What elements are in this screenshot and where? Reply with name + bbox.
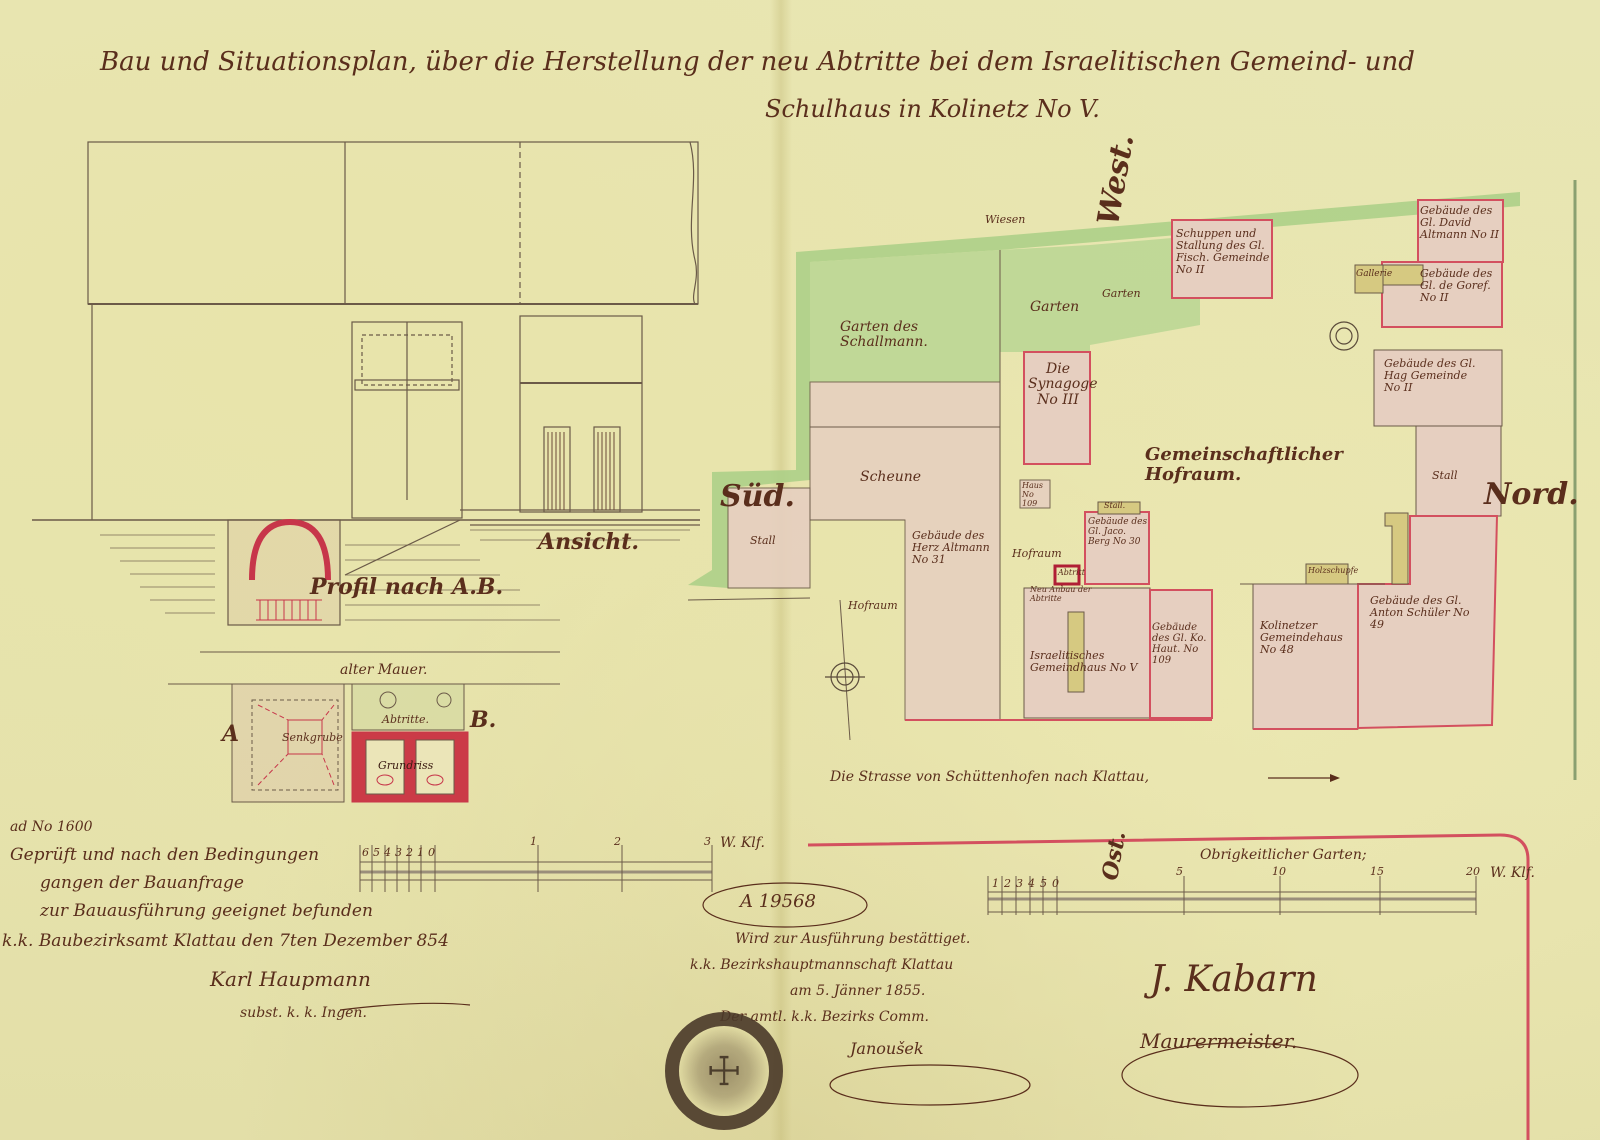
label-profile: Profil nach A.B. — [310, 575, 503, 599]
label-new-latrine: Neu Anbau der Abtritte — [1030, 586, 1100, 604]
label-ground-plan: Grundriss — [378, 760, 433, 772]
label-view: Ansicht. — [538, 530, 639, 554]
scale-1-tick-1: 1 — [530, 836, 537, 848]
label-building-gl-2: Gebäude des Gl. de Goref. No II — [1420, 268, 1500, 304]
label-yard-1: Hofraum — [1012, 548, 1062, 560]
label-small-building: Haus No 109 — [1022, 482, 1050, 508]
label-gallery: Gallerie — [1356, 270, 1392, 280]
label-stall-east: Stall — [1432, 470, 1458, 482]
label-old-wall: alter Mauer. — [340, 663, 427, 678]
scale-1-ticks-small: 6543210 — [362, 847, 439, 859]
approval-line-1: Geprüft und nach den Bedingungen — [10, 846, 319, 865]
confirm-line-2: k.k. Bezirkshauptmannschaft Klattau — [690, 958, 953, 973]
label-building-herz: Gebäude des Herz Altmann No 31 — [912, 530, 997, 566]
scale-2-ticks-small: 123450 — [992, 878, 1064, 890]
label-building-david: Gebäude des Gl. David Altmann No II — [1420, 205, 1500, 241]
label-woodshed: Holzschupfe — [1308, 567, 1358, 576]
label-synagogue: Die Synagoge No III — [1028, 362, 1088, 408]
label-kolinetz-community: Kolinetzer Gemeindehaus No 48 — [1260, 620, 1355, 656]
scale-2-tick-10: 10 — [1272, 866, 1286, 878]
signature-3-role: Maurermeister. — [1140, 1030, 1297, 1052]
scale-1-unit: W. Klf. — [720, 836, 765, 851]
elevation-drawing — [32, 142, 700, 525]
signature-3-name: J. Kabarn — [1150, 960, 1318, 1000]
label-building-109: Gebäude des Gl. Ko. Haut. No 109 — [1152, 622, 1210, 666]
label-barn: Schuppen und Stallung des Gl. Fisch. Gem… — [1176, 228, 1270, 276]
label-latrine-site: Abtritt — [1058, 569, 1085, 578]
approval-line-2: gangen der Bauanfrage — [40, 874, 244, 893]
label-latrine: Abtritte. — [382, 714, 429, 726]
garden-schallmann — [810, 250, 1000, 382]
label-garden-2: Garten — [1102, 288, 1141, 300]
signature-2-name: Janoušek — [850, 1040, 924, 1058]
scale-2-tick-20: 20 — [1466, 866, 1480, 878]
profile-section — [228, 520, 460, 625]
document-sheet: Bau und Situationsplan, über die Herstel… — [0, 0, 1600, 1140]
label-stall-south: Stall — [750, 535, 776, 547]
label-stall-small: Stall. — [1104, 502, 1125, 511]
label-community-yard: Gemeinschaftlicher Hofraum. — [1145, 445, 1325, 485]
label-israelite-school: Israelitisches Gemeindhaus No V — [1030, 650, 1145, 674]
door-hatching — [548, 432, 614, 510]
label-garden-schallmann: Garten des Schallmann. — [840, 320, 970, 351]
compass-south: Süd. — [720, 480, 795, 513]
label-road: Die Strasse von Schüttenhofen nach Klatt… — [830, 770, 1149, 785]
label-barn-west: Scheune — [860, 470, 921, 485]
scale-1-tick-2: 2 — [614, 836, 621, 848]
scale-2-unit: W. Klf. — [1490, 866, 1535, 881]
confirm-line-3: am 5. Jänner 1855. — [790, 984, 925, 999]
ref-number: ad No 1600 — [10, 820, 93, 835]
scale-1-tick-3: 3 — [704, 836, 711, 848]
label-plan-a: A — [222, 722, 239, 746]
confirm-line-1: Wird zur Ausführung bestättiget. — [735, 932, 970, 947]
scale-2-tick-15: 15 — [1370, 866, 1384, 878]
signature-1-name: Karl Haupmann — [210, 968, 371, 990]
label-garden-1: Garten — [1030, 300, 1079, 315]
double-headed-eagle-icon: ☩ — [703, 1044, 745, 1100]
label-building-gl-30: Gebäude des Gl. Jaco. Berg No 30 — [1088, 518, 1148, 548]
label-pit: Senkgrube — [282, 732, 343, 744]
label-plan-b: B. — [470, 708, 496, 732]
scale-2-tick-5: 5 — [1176, 866, 1183, 878]
ground-plan — [232, 684, 468, 802]
label-building-anton: Gebäude des Gl. Anton Schüler No 49 — [1370, 595, 1480, 631]
signature-1-role: subst. k. k. Ingen. — [240, 1006, 367, 1021]
label-meadow: Wiesen — [985, 214, 1025, 226]
imperial-seal: ☩ — [665, 1012, 783, 1130]
approval-line-4: k.k. Baubezirksamt Klattau den 7ten Deze… — [2, 932, 449, 951]
file-number: A 19568 — [740, 892, 816, 912]
label-yard-2: Hofraum — [848, 600, 898, 612]
compass-north: Nord. — [1484, 478, 1579, 511]
approval-line-3: zur Bauausführung geeignet befunden — [40, 902, 373, 921]
label-manorial-garden: Obrigkeitlicher Garten; — [1200, 848, 1367, 863]
label-building-hay: Gebäude des Gl. Hag Gemeinde No II — [1384, 358, 1484, 394]
